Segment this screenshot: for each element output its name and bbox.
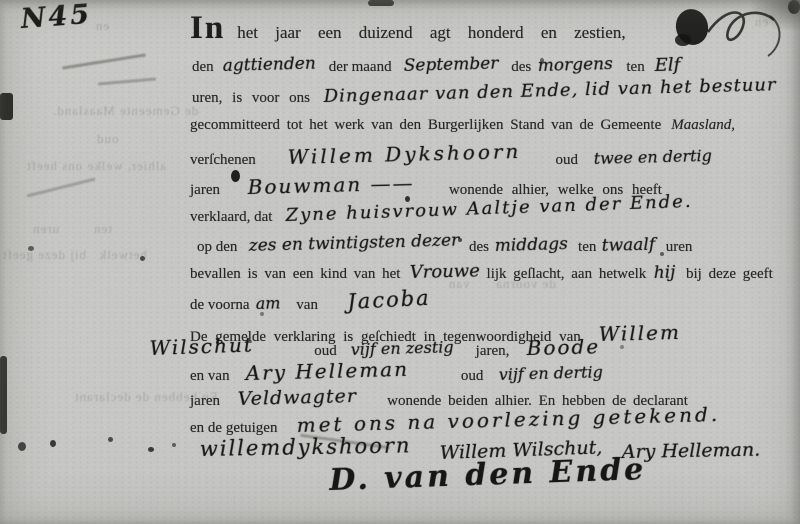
witness2-occupation-handwritten: Veldwagter [237,385,357,410]
official-name-handwritten: Dingenaar van den Ende, lid van het best… [323,74,776,107]
ink-smudge [98,77,156,85]
act-number: N45 [22,4,93,35]
ink-speck [108,437,113,442]
witness2-age-handwritten: vijf en dertig [499,362,604,384]
line-witness2: en van Ary Helleman oud vijf en dertig [190,361,604,385]
line-birth-date-time: op den zes en twintigsten dezer des midd… [197,236,692,256]
printed-text: jaren [190,393,220,409]
printed-text: lijk geſlacht, aan hetwelk [487,266,647,282]
declarant-age-handwritten: twee en dertig [593,146,712,168]
bleedthrough-text: hetwelk bij deze geeft [2,247,147,263]
child-name-handwritten: Jacoba [347,286,431,314]
birth-hour-handwritten: twaalf [602,235,656,256]
ink-streak-left-edge [0,356,7,434]
pronoun-handwritten: hij [654,262,676,283]
printed-text: den [192,59,214,75]
printed-text: der maand [329,59,392,75]
bleedthrough-text: ten uren [32,221,112,237]
ink-speck [50,440,56,447]
printed-text: uren [666,239,693,255]
ink-blot-flourish [658,0,800,64]
line-year: In het jaar een duizend agt honderd en z… [190,10,626,47]
printed-text: jaren, [476,343,510,359]
ink-blot [231,170,240,182]
line-closing: en de getuigen met ons na voorlezing get… [190,413,721,437]
declarant-occupation-handwritten: Bouwman —— [247,171,414,199]
bleedthrough-text: de Gemeente Maasland. [52,103,198,119]
printed-text: bij deze geeft [686,266,773,282]
bleedthrough-text: oud [96,131,119,147]
line-date-time: den agttienden der maand September des m… [192,55,680,76]
ink-smudge [62,53,145,69]
printed-fill-handwritten: am [255,293,280,313]
printed-text: en de getuigen [190,420,277,436]
line-declarant-name-age: verſchenen Willem Dykshoorn oud twee en … [190,145,712,169]
ink-speck [172,443,176,447]
printed-text: oud [461,368,484,384]
ink-smudge [27,178,96,198]
line-official: uren, is voor ons Dingenaar van den Ende… [192,86,777,107]
scanned-birth-record: en de Gemeente Maasland. oud alhier, wel… [0,0,800,524]
bleedthrough-text: alhier, welke ons heeft [26,158,166,174]
printed-text: ten [578,239,596,255]
witness1-occupation-handwritten: Boode [527,334,601,360]
printed-text: des [469,239,489,255]
declarant-name-handwritten: Willem Dykshoorn [287,139,521,169]
witness1-firstname-handwritten: Willem [598,320,681,346]
daypart-handwritten: morgens [538,54,614,76]
printed-text: gecommitteerd tot het werk van den Burge… [190,117,661,133]
ink-speck [620,345,624,349]
day-handwritten: agttienden [222,54,316,76]
ink-mark-left-edge [0,93,13,120]
ink-mark-top-edge [368,0,394,6]
municipality-name: Maasland, [671,117,735,133]
printed-text: jaren [190,182,220,198]
gender-handwritten: Vrouwe [410,260,481,283]
printed-text: de voorna [190,297,250,313]
witness1-age-handwritten: vijf en zestig [350,337,453,359]
ink-mark-corner [788,0,800,14]
printed-text: uren, is voor ons [192,90,310,106]
ink-speck [260,312,264,316]
ink-speck [660,252,664,256]
printed-text: oud [555,152,578,168]
printed-text: van [296,297,318,313]
ink-speck [540,58,544,63]
ink-speck [140,256,145,261]
bleedthrough-text: en [95,18,109,34]
witness1-surname-handwritten: Wilschut [149,332,254,360]
ink-speck [148,447,154,452]
printed-initial: In [190,10,225,46]
printed-text: op den [197,239,237,255]
signature-declarant: willemdykshoorn [200,433,412,461]
printed-text: verſchenen [190,152,256,168]
printed-text: bevallen is van een kind van het [190,266,400,282]
act-number-handwritten: N45 [20,0,93,35]
line-witness1: Wilschut oud vijf en zestig jaren, Boode [150,336,601,360]
line-declaration-wife: verklaard, dat Zyne huisvrouw Aaltje van… [190,205,694,226]
month-handwritten: September [403,54,498,76]
ink-speck [405,196,410,202]
official-signature: D. van den Ende [330,463,647,498]
witness2-name-handwritten: Ary Helleman [245,357,409,385]
line-municipality: gecommitteerd tot het werk van den Burge… [190,116,735,134]
line-child-gender: bevallen is van een kind van het Vrouwe … [190,262,773,283]
printed-text: des [511,59,531,75]
ink-speck [458,238,462,242]
line-child-name: de voorna am van Jacoba [190,290,431,314]
ink-speck [28,246,34,251]
birth-daypart-handwritten: middags [494,234,568,256]
printed-text: het jaar een duizend agt honderd en zest… [237,23,625,42]
ink-speck [18,442,26,451]
printed-text: verklaard, dat [190,209,272,225]
printed-text: ten [626,59,644,75]
printed-text: en van [190,368,230,384]
birth-day-handwritten: zes en twintigsten dezer [249,230,460,256]
printed-text: oud [314,343,337,359]
